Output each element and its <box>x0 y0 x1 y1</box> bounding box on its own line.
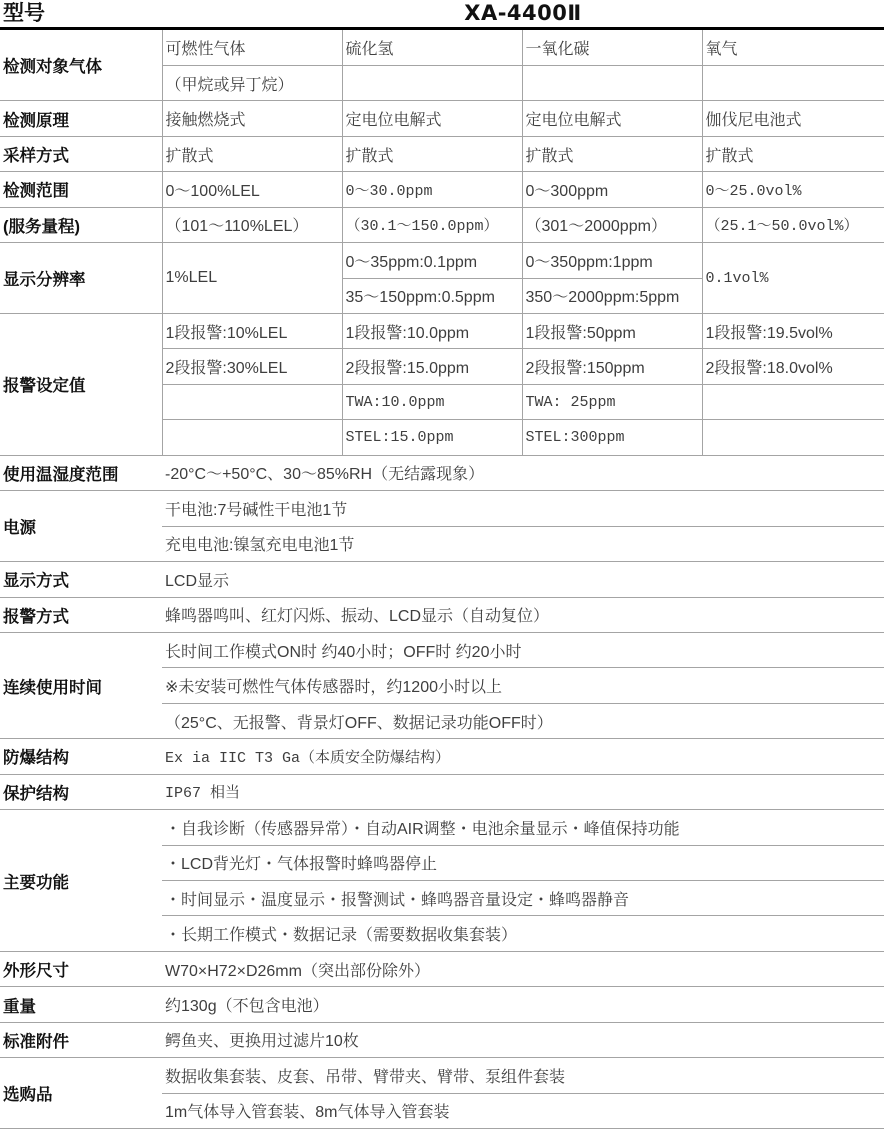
cell-o2-alarm-2: 2段报警:18.0vol% <box>702 349 884 384</box>
value-power-rechargeable: 充电电池:镍氢充电电池1节 <box>162 526 884 561</box>
value-standard-accessories: 鳄鱼夹、更换用过滤片10枚 <box>162 1022 884 1057</box>
label-power-supply: 电源 <box>0 491 162 562</box>
cell-co-range: 0～300ppm <box>522 172 702 207</box>
cell-o2-gas: 氧气 <box>702 30 884 65</box>
cell-h2s-stel: STEL:15.0ppm <box>342 420 522 455</box>
cell-h2s-gas: 硫化氢 <box>342 30 522 65</box>
label-protection-structure: 保护结构 <box>0 774 162 809</box>
value-alarm-method: 蜂鸣器鸣叫、红灯闪烁、振动、LCD显示（自动复位） <box>162 597 884 632</box>
row-display-method: 显示方式 LCD显示 <box>0 562 884 597</box>
cell-combustible-principle: 接触燃烧式 <box>162 101 342 136</box>
label-alarm-setpoints: 报警设定值 <box>0 314 162 456</box>
cell-h2s-range: 0～30.0ppm <box>342 172 522 207</box>
cell-h2s-gas-note <box>342 65 522 100</box>
cell-co-resolution-low: 0～350ppm:1ppm <box>522 243 702 278</box>
label-detection-range: 检测范围 <box>0 172 162 207</box>
row-standard-accessories: 标准附件 鳄鱼夹、更换用过滤片10枚 <box>0 1022 884 1057</box>
label-service-range: (服务量程) <box>0 207 162 242</box>
cell-combustible-alarm-2: 2段报警:30%LEL <box>162 349 342 384</box>
value-explosion-proof: Ex ia IIC T3 Ga（本质安全防爆结构） <box>162 739 884 774</box>
cell-h2s-alarm-1: 1段报警:10.0ppm <box>342 314 522 349</box>
cell-o2-stel <box>702 420 884 455</box>
spec-table: 检测对象气体 可燃性气体 硫化氢 一氧化碳 氧气 （甲烷或异丁烷） 检测原理 接… <box>0 30 884 1129</box>
cell-o2-sampling: 扩散式 <box>702 136 884 171</box>
row-operating-temp-humidity: 使用温湿度范围 -20°C～+50°C、30～85%RH（无结露现象） <box>0 455 884 490</box>
cell-o2-twa <box>702 384 884 419</box>
value-continuous-operation-3: （25°C、无报警、背景灯OFF、数据记录功能OFF时） <box>162 703 884 738</box>
cell-combustible-range: 0～100%LEL <box>162 172 342 207</box>
row-alarm-method: 报警方式 蜂鸣器鸣叫、红灯闪烁、振动、LCD显示（自动复位） <box>0 597 884 632</box>
value-main-functions-4: ・长期工作模式・数据记录（需要数据收集套装） <box>162 916 884 951</box>
label-continuous-operation: 连续使用时间 <box>0 632 162 738</box>
cell-h2s-alarm-2: 2段报警:15.0ppm <box>342 349 522 384</box>
cell-combustible-service-range: （101～110%LEL） <box>162 207 342 242</box>
cell-o2-resolution: 0.1vol% <box>702 243 884 314</box>
row-continuous-operation: 连续使用时间 长时间工作模式ON时 约40小时；OFF时 约20小时 <box>0 632 884 667</box>
cell-o2-range: 0～25.0vol% <box>702 172 884 207</box>
cell-h2s-service-range: （30.1～150.0ppm） <box>342 207 522 242</box>
label-optional-items: 选购品 <box>0 1058 162 1129</box>
value-operating-temp-humidity: -20°C～+50°C、30～85%RH（无结露现象） <box>162 455 884 490</box>
row-weight: 重量 约130g（不包含电池） <box>0 987 884 1022</box>
cell-combustible-alarm-1: 1段报警:10%LEL <box>162 314 342 349</box>
row-display-resolution: 显示分辨率 1%LEL 0～35ppm:0.1ppm 0～350ppm:1ppm… <box>0 243 884 278</box>
cell-co-gas-note <box>522 65 702 100</box>
cell-combustible-sampling: 扩散式 <box>162 136 342 171</box>
value-protection-structure: IP67 相当 <box>162 774 884 809</box>
value-continuous-operation-1: 长时间工作模式ON时 约40小时；OFF时 约20小时 <box>162 632 884 667</box>
value-weight: 约130g（不包含电池） <box>162 987 884 1022</box>
cell-combustible-twa <box>162 384 342 419</box>
row-protection-structure: 保护结构 IP67 相当 <box>0 774 884 809</box>
label-target-gas: 检测对象气体 <box>0 30 162 101</box>
cell-o2-principle: 伽伐尼电池式 <box>702 101 884 136</box>
row-sampling-method: 采样方式 扩散式 扩散式 扩散式 扩散式 <box>0 136 884 171</box>
label-dimensions: 外形尺寸 <box>0 951 162 986</box>
model-label: 型号 <box>3 0 45 27</box>
cell-h2s-resolution-low: 0～35ppm:0.1ppm <box>342 243 522 278</box>
row-service-range: (服务量程) （101～110%LEL） （30.1～150.0ppm） （30… <box>0 207 884 242</box>
label-weight: 重量 <box>0 987 162 1022</box>
label-standard-accessories: 标准附件 <box>0 1022 162 1057</box>
cell-o2-alarm-1: 1段报警:19.5vol% <box>702 314 884 349</box>
cell-co-twa: TWA: 25ppm <box>522 384 702 419</box>
row-detection-principle: 检测原理 接触燃烧式 定电位电解式 定电位电解式 伽伐尼电池式 <box>0 101 884 136</box>
cell-co-gas: 一氧化碳 <box>522 30 702 65</box>
model-number: XA-4400Ⅱ <box>162 0 884 27</box>
cell-co-stel: STEL:300ppm <box>522 420 702 455</box>
value-main-functions-2: ・LCD背光灯・气体报警时蜂鸣器停止 <box>162 845 884 880</box>
spec-sheet: 型号 XA-4400Ⅱ 检测对象气体 可燃性气体 硫化氢 一氧化碳 氧气 （甲烷… <box>0 0 884 1130</box>
label-alarm-method: 报警方式 <box>0 597 162 632</box>
value-optional-items-1: 数据收集套装、皮套、吊带、臂带夹、臂带、泵组件套装 <box>162 1058 884 1093</box>
cell-co-sampling: 扩散式 <box>522 136 702 171</box>
cell-o2-service-range: （25.1～50.0vol%） <box>702 207 884 242</box>
cell-combustible-resolution: 1%LEL <box>162 243 342 314</box>
value-power-dry-battery: 干电池:7号碱性干电池1节 <box>162 491 884 526</box>
cell-h2s-principle: 定电位电解式 <box>342 101 522 136</box>
row-dimensions: 外形尺寸 W70×H72×D26mm（突出部份除外） <box>0 951 884 986</box>
label-operating-temp-humidity: 使用温湿度范围 <box>0 455 162 490</box>
row-target-gas: 检测对象气体 可燃性气体 硫化氢 一氧化碳 氧气 <box>0 30 884 65</box>
cell-o2-gas-note <box>702 65 884 100</box>
cell-h2s-sampling: 扩散式 <box>342 136 522 171</box>
value-continuous-operation-2: ※未安装可燃性气体传感器时，约1200小时以上 <box>162 668 884 703</box>
value-display-method: LCD显示 <box>162 562 884 597</box>
cell-h2s-twa: TWA:10.0ppm <box>342 384 522 419</box>
label-explosion-proof: 防爆结构 <box>0 739 162 774</box>
value-main-functions-3: ・时间显示・温度显示・报警测试・蜂鸣器音量设定・蜂鸣器静音 <box>162 881 884 916</box>
value-dimensions: W70×H72×D26mm（突出部份除外） <box>162 951 884 986</box>
cell-combustible-gas-note: （甲烷或异丁烷） <box>162 65 342 100</box>
cell-co-service-range: （301～2000ppm） <box>522 207 702 242</box>
cell-co-principle: 定电位电解式 <box>522 101 702 136</box>
cell-co-resolution-high: 350～2000ppm:5ppm <box>522 278 702 313</box>
label-detection-principle: 检测原理 <box>0 101 162 136</box>
label-main-functions: 主要功能 <box>0 810 162 952</box>
label-sampling-method: 采样方式 <box>0 136 162 171</box>
cell-combustible-stel <box>162 420 342 455</box>
row-power-supply: 电源 干电池:7号碱性干电池1节 <box>0 491 884 526</box>
cell-co-alarm-1: 1段报警:50ppm <box>522 314 702 349</box>
row-alarm-setpoints: 报警设定值 1段报警:10%LEL 1段报警:10.0ppm 1段报警:50pp… <box>0 314 884 349</box>
value-main-functions-1: ・自我诊断（传感器异常）・自动AIR调整・电池余量显示・峰值保持功能 <box>162 810 884 845</box>
cell-combustible-gas: 可燃性气体 <box>162 30 342 65</box>
row-main-functions: 主要功能 ・自我诊断（传感器异常）・自动AIR调整・电池余量显示・峰值保持功能 <box>0 810 884 845</box>
label-display-resolution: 显示分辨率 <box>0 243 162 314</box>
model-header-row: 型号 XA-4400Ⅱ <box>0 0 884 27</box>
value-optional-items-2: 1m气体导入管套装、8m气体导入管套装 <box>162 1093 884 1128</box>
label-display-method: 显示方式 <box>0 562 162 597</box>
row-explosion-proof: 防爆结构 Ex ia IIC T3 Ga（本质安全防爆结构） <box>0 739 884 774</box>
cell-co-alarm-2: 2段报警:150ppm <box>522 349 702 384</box>
row-optional-items: 选购品 数据收集套装、皮套、吊带、臂带夹、臂带、泵组件套装 <box>0 1058 884 1093</box>
cell-h2s-resolution-high: 35～150ppm:0.5ppm <box>342 278 522 313</box>
row-detection-range: 检测范围 0～100%LEL 0～30.0ppm 0～300ppm 0～25.0… <box>0 172 884 207</box>
